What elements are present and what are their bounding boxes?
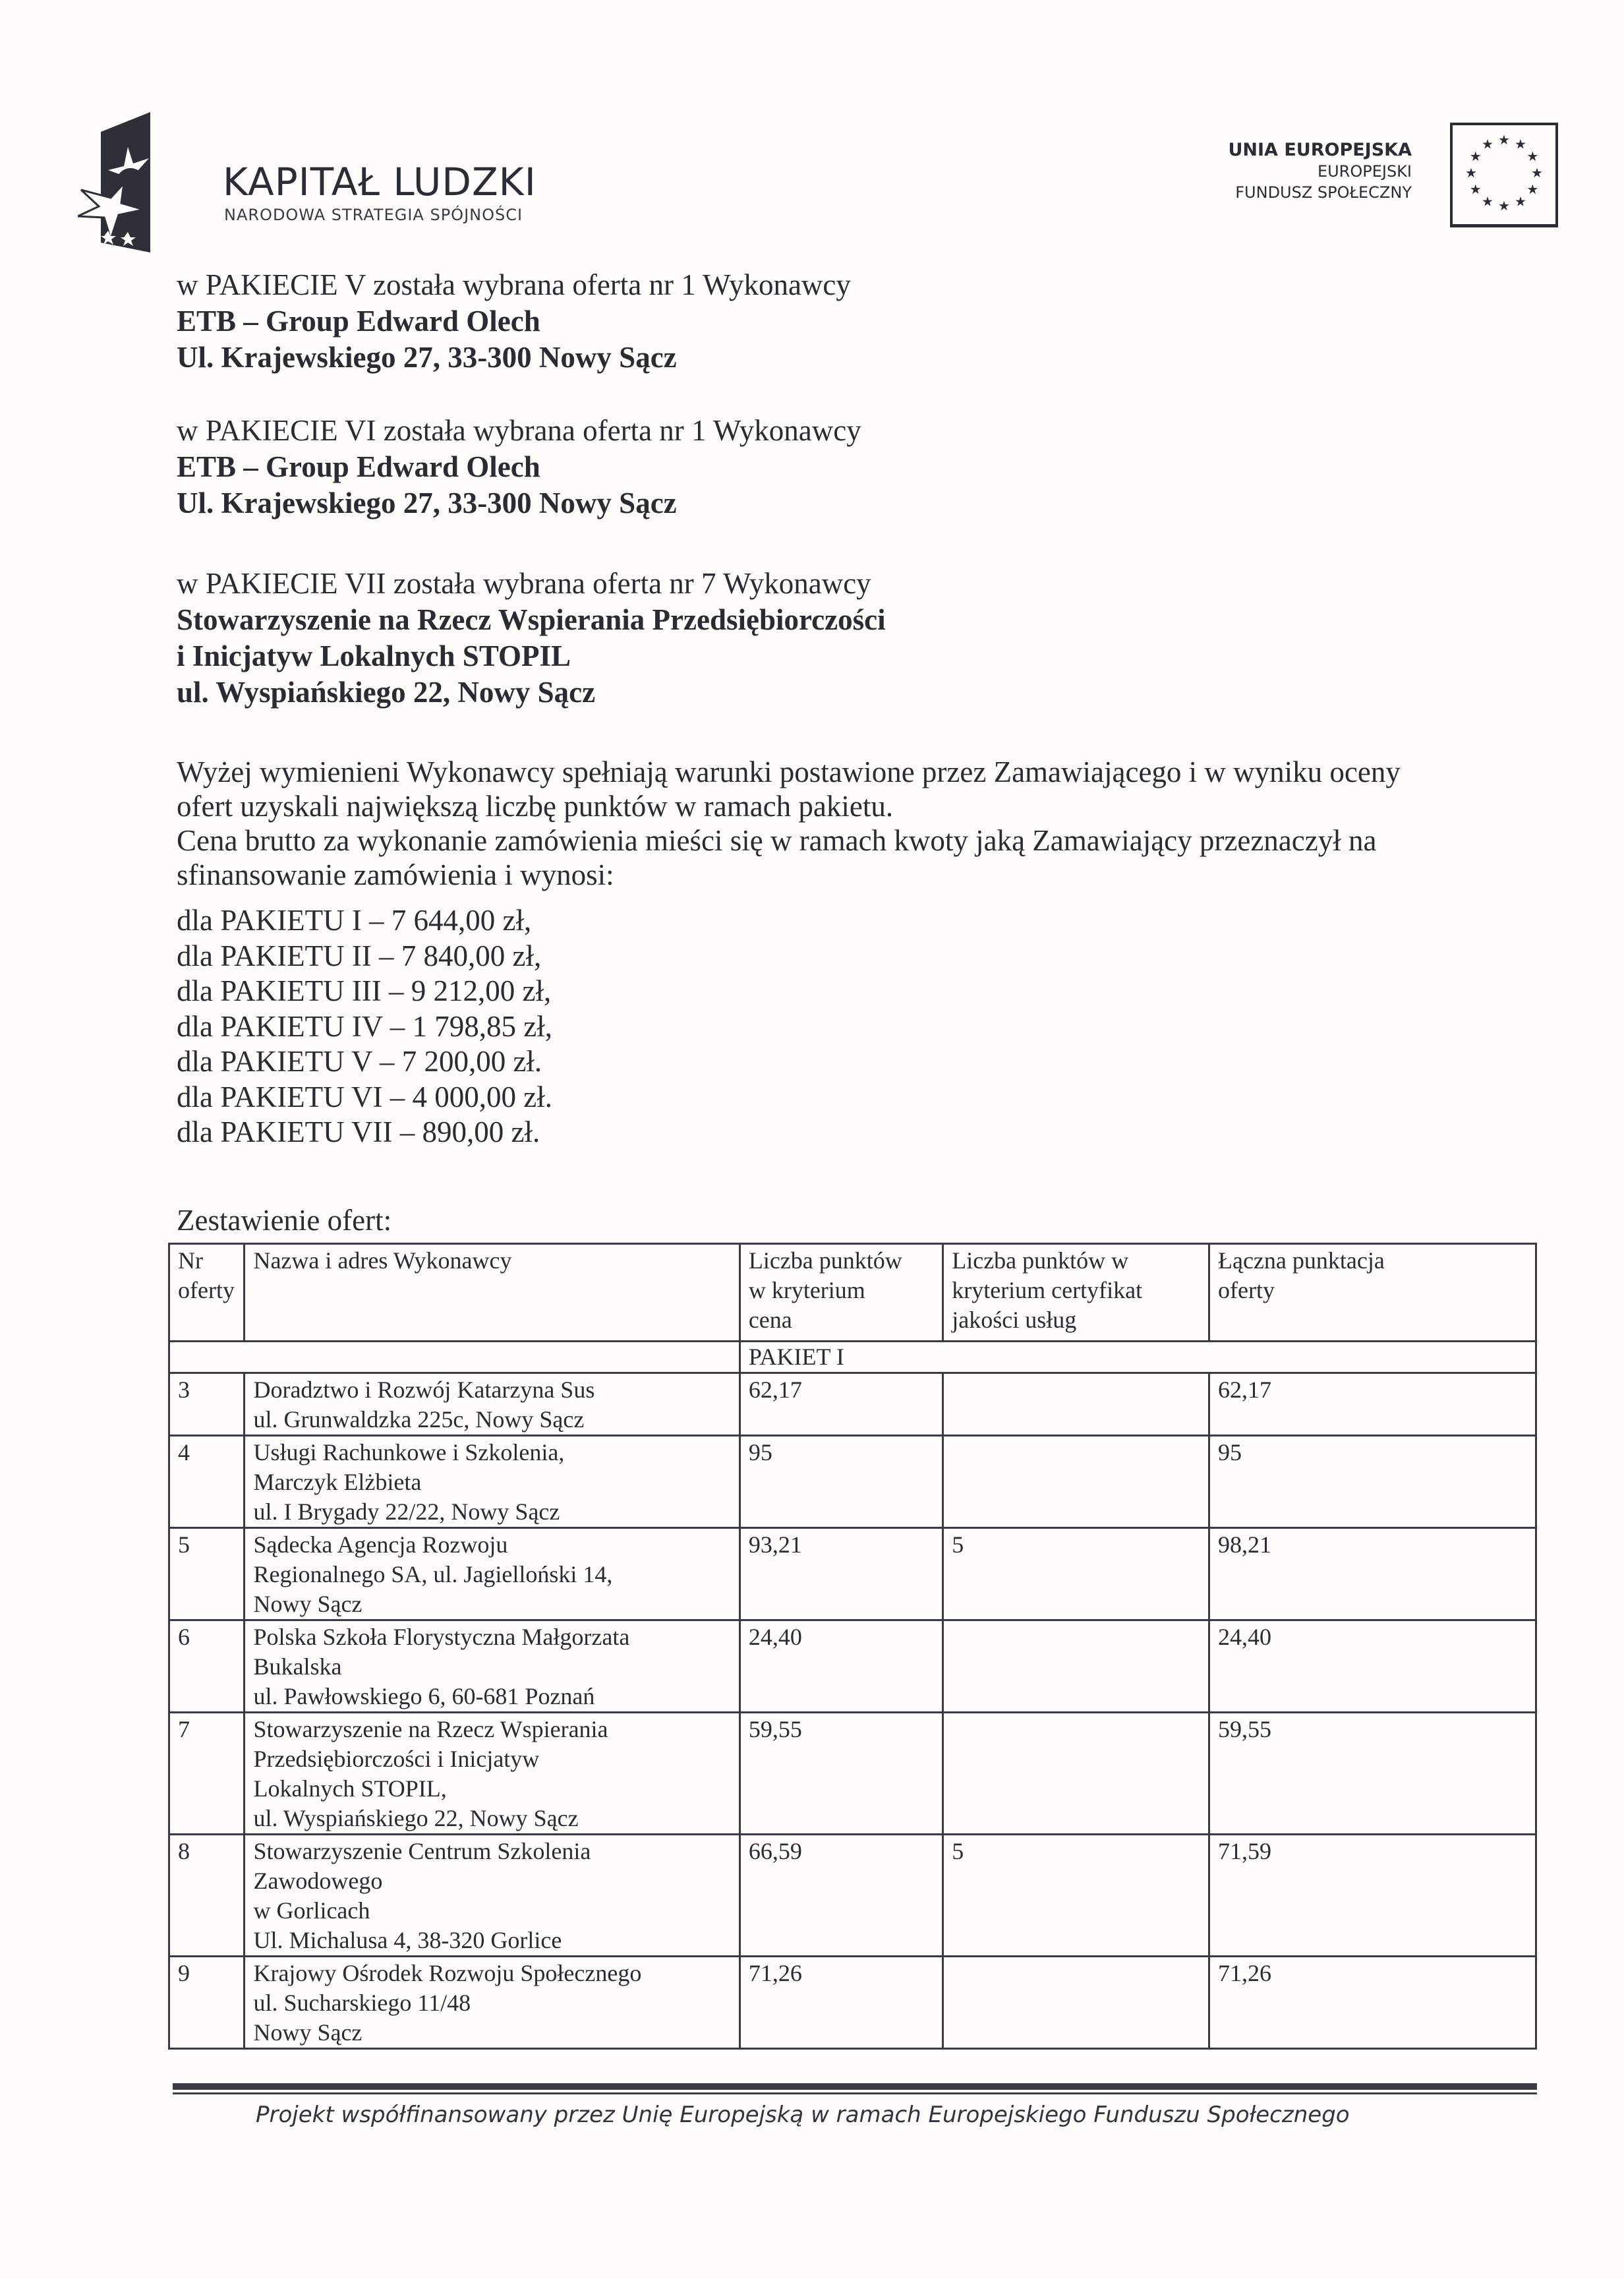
table-row: 7Stowarzyszenie na Rzecz WspieraniaPrzed… (169, 1713, 1536, 1835)
eu-logo-line3: FUNDUSZ SPOŁECZNY (1228, 182, 1412, 203)
eu-logo-text: UNIA EUROPEJSKA EUROPEJSKI FUNDUSZ SPOŁE… (1228, 140, 1412, 203)
header-total: Łączna punktacja oferty (1209, 1244, 1536, 1342)
summary-paragraph: Wyżej wymienieni Wykonawcy spełniają war… (177, 755, 1548, 892)
selection-intro: w PAKIECIE VII została wybrana oferta nr… (177, 566, 886, 602)
cell-contractor: Stowarzyszenie Centrum SzkoleniaZawodowe… (245, 1835, 739, 1957)
contractor-name-cont: i Inicjatyw Lokalnych STOPIL (177, 638, 886, 674)
cell-points-price: 93,21 (739, 1528, 942, 1620)
cell-points-price: 62,17 (739, 1373, 942, 1436)
offers-table: Nr oferty Nazwa i adres Wykonawcy Liczba… (168, 1243, 1537, 2050)
cell-points-certificate (943, 1620, 1209, 1713)
kapital-ludzki-logo-icon (78, 111, 210, 252)
table-section-row: PAKIET I (169, 1342, 1536, 1373)
paragraph-line: ofert uzyskali największą liczbę punktów… (177, 789, 1548, 823)
contractor-name: Stowarzyszenie na Rzecz Wspierania Przed… (177, 602, 886, 638)
svg-text:★: ★ (1470, 150, 1482, 164)
svg-text:★: ★ (1515, 194, 1526, 209)
cell-total-points: 71,26 (1209, 1957, 1536, 2049)
header-nr: Nr oferty (169, 1244, 245, 1342)
footer-divider-thin (173, 2092, 1537, 2094)
header-cert: Liczba punktów w kryterium certyfikat ja… (943, 1244, 1209, 1342)
paragraph-line: sfinansowanie zamówienia i wynosi: (177, 858, 1548, 892)
cell-contractor: Polska Szkoła Florystyczna MałgorzataBuk… (245, 1620, 739, 1713)
cell-points-price: 71,26 (739, 1957, 942, 2049)
cell-points-certificate (943, 1713, 1209, 1835)
table-row: 8Stowarzyszenie Centrum SzkoleniaZawodow… (169, 1835, 1536, 1957)
contractor-address: Ul. Krajewskiego 27, 33-300 Nowy Sącz (177, 485, 861, 521)
kapital-ludzki-title: KAPITAŁ LUDZKI (223, 160, 536, 204)
cell-offer-number: 9 (169, 1957, 245, 2049)
section-spacer (169, 1342, 740, 1373)
cell-points-certificate: 5 (943, 1528, 1209, 1620)
contractor-address: Ul. Krajewskiego 27, 33-300 Nowy Sącz (177, 340, 851, 376)
svg-text:★: ★ (1498, 199, 1510, 214)
cell-contractor: Krajowy Ośrodek Rozwoju Społecznegoul. S… (245, 1957, 739, 2049)
paragraph-line: Wyżej wymienieni Wykonawcy spełniają war… (177, 755, 1548, 789)
kapital-ludzki-subtitle: NARODOWA STRATEGIA SPÓJNOŚCI (224, 206, 523, 224)
price-line: dla PAKIETU VII – 890,00 zł. (177, 1115, 552, 1150)
paragraph-line: Cena brutto za wykonanie zamówienia mieś… (177, 823, 1548, 858)
cell-total-points: 59,55 (1209, 1713, 1536, 1835)
svg-text:★: ★ (1526, 183, 1538, 197)
svg-text:★: ★ (1498, 133, 1510, 148)
cell-contractor: Usługi Rachunkowe i Szkolenia,Marczyk El… (245, 1436, 739, 1528)
price-line: dla PAKIETU II – 7 840,00 zł, (177, 939, 552, 974)
svg-text:★: ★ (1470, 183, 1482, 197)
price-line: dla PAKIETU V – 7 200,00 zł. (177, 1044, 552, 1080)
selection-block-pakiet-v: w PAKIECIE V została wybrana oferta nr 1… (177, 267, 851, 376)
cell-offer-number: 7 (169, 1713, 245, 1835)
price-line: dla PAKIETU III – 9 212,00 zł, (177, 974, 552, 1009)
table-row: 4Usługi Rachunkowe i Szkolenia,Marczyk E… (169, 1436, 1536, 1528)
cell-offer-number: 8 (169, 1835, 245, 1957)
cell-total-points: 95 (1209, 1436, 1536, 1528)
section-label: PAKIET I (739, 1342, 1536, 1373)
svg-text:★: ★ (1482, 194, 1493, 209)
svg-text:★: ★ (1515, 138, 1526, 152)
eu-flag-icon: ★★★★★★★★★★★★ (1450, 123, 1558, 227)
cell-contractor: Doradztwo i Rozwój Katarzyna Susul. Grun… (245, 1373, 739, 1436)
selection-intro: w PAKIECIE V została wybrana oferta nr 1… (177, 267, 851, 303)
eu-logo-line2: EUROPEJSKI (1228, 161, 1412, 182)
cell-total-points: 98,21 (1209, 1528, 1536, 1620)
table-row: 3Doradztwo i Rozwój Katarzyna Susul. Gru… (169, 1373, 1536, 1436)
svg-text:★: ★ (1482, 138, 1493, 152)
cell-offer-number: 3 (169, 1373, 245, 1436)
cell-contractor: Stowarzyszenie na Rzecz WspieraniaPrzeds… (245, 1713, 739, 1835)
selection-block-pakiet-vi: w PAKIECIE VI została wybrana oferta nr … (177, 413, 861, 521)
contractor-name: ETB – Group Edward Olech (177, 449, 861, 485)
header-name: Nazwa i adres Wykonawcy (245, 1244, 739, 1342)
price-line: dla PAKIETU IV – 1 798,85 zł, (177, 1009, 552, 1045)
table-row: 5Sądecka Agencja RozwojuRegionalnego SA,… (169, 1528, 1536, 1620)
footer-divider (173, 2083, 1537, 2090)
cell-offer-number: 6 (169, 1620, 245, 1713)
contractor-name: ETB – Group Edward Olech (177, 303, 851, 340)
svg-text:★: ★ (1465, 166, 1477, 181)
selection-block-pakiet-vii: w PAKIECIE VII została wybrana oferta nr… (177, 566, 886, 711)
selection-intro: w PAKIECIE VI została wybrana oferta nr … (177, 413, 861, 449)
table-row: 6Polska Szkoła Florystyczna MałgorzataBu… (169, 1620, 1536, 1713)
table-header-row: Nr oferty Nazwa i adres Wykonawcy Liczba… (169, 1244, 1536, 1342)
offers-summary-heading: Zestawienie ofert: (177, 1203, 391, 1237)
svg-text:★: ★ (1531, 166, 1543, 181)
table-row: 9Krajowy Ośrodek Rozwoju Społecznegoul. … (169, 1957, 1536, 2049)
cell-total-points: 24,40 (1209, 1620, 1536, 1713)
cell-points-price: 59,55 (739, 1713, 942, 1835)
cell-points-certificate (943, 1373, 1209, 1436)
cell-points-price: 66,59 (739, 1835, 942, 1957)
price-line: dla PAKIETU I – 7 644,00 zł, (177, 903, 552, 939)
cell-total-points: 71,59 (1209, 1835, 1536, 1957)
cell-points-price: 95 (739, 1436, 942, 1528)
cell-offer-number: 4 (169, 1436, 245, 1528)
package-prices-list: dla PAKIETU I – 7 644,00 zł, dla PAKIETU… (177, 903, 552, 1150)
cell-points-certificate (943, 1957, 1209, 2049)
price-line: dla PAKIETU VI – 4 000,00 zł. (177, 1080, 552, 1115)
cell-points-certificate (943, 1436, 1209, 1528)
cell-total-points: 62,17 (1209, 1373, 1536, 1436)
svg-text:★: ★ (1526, 150, 1538, 164)
footer-text: Projekt współfinansowany przez Unię Euro… (256, 2102, 1350, 2128)
cell-points-price: 24,40 (739, 1620, 942, 1713)
eu-logo-line1: UNIA EUROPEJSKA (1228, 140, 1412, 161)
header-cena: Liczba punktów w kryterium cena (739, 1244, 942, 1342)
cell-points-certificate: 5 (943, 1835, 1209, 1957)
cell-offer-number: 5 (169, 1528, 245, 1620)
contractor-address: ul. Wyspiańskiego 22, Nowy Sącz (177, 674, 886, 711)
cell-contractor: Sądecka Agencja RozwojuRegionalnego SA, … (245, 1528, 739, 1620)
